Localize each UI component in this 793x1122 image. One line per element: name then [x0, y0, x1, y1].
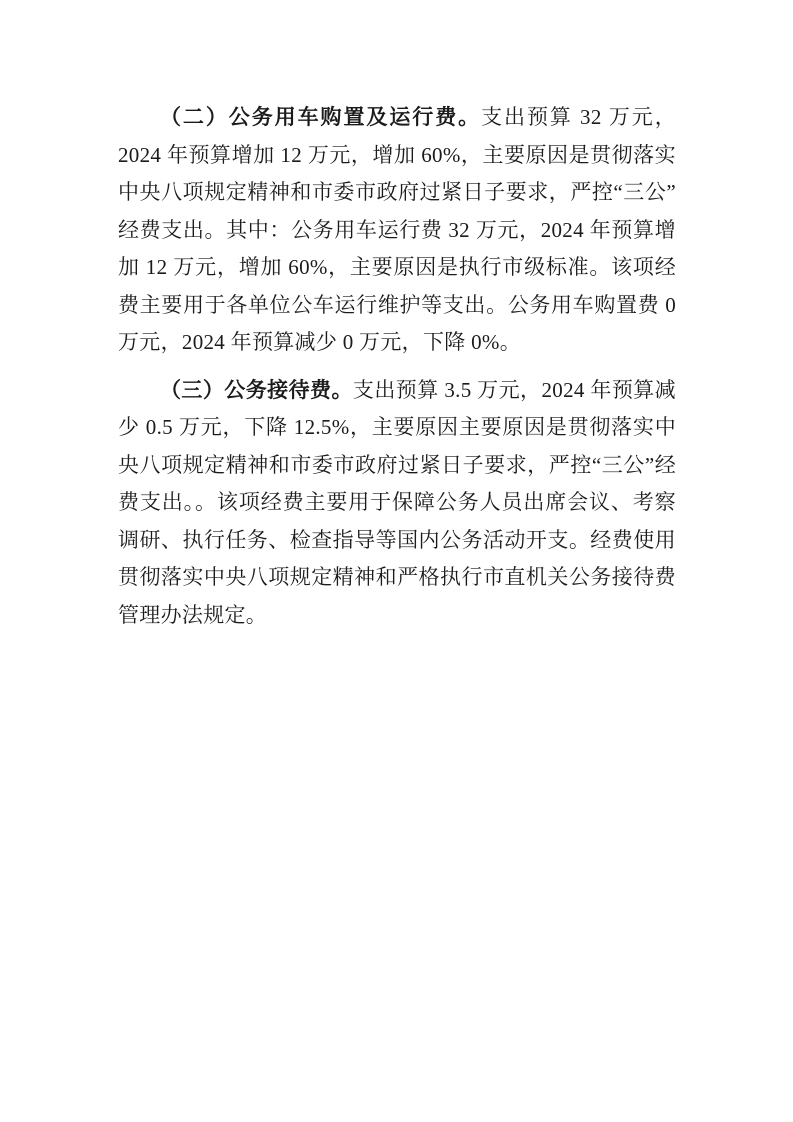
- paragraph-reception-expenses-body: 支出预算 3.5 万元，2024 年预算减少 0.5 万元，下降 12.5%，主…: [118, 378, 676, 627]
- paragraph-vehicle-expenses-body: 支出预算 32 万元，2024 年预算增加 12 万元，增加 60%，主要原因是…: [118, 105, 676, 354]
- paragraph-vehicle-expenses-heading: （二）公务用车购置及运行费。: [160, 105, 481, 129]
- document-content: （二）公务用车购置及运行费。支出预算 32 万元，2024 年预算增加 12 万…: [118, 99, 676, 634]
- paragraph-reception-expenses-heading: （三）公务接待费。: [160, 378, 353, 402]
- paragraph-reception-expenses: （三）公务接待费。支出预算 3.5 万元，2024 年预算减少 0.5 万元，下…: [118, 372, 676, 635]
- document-page: （二）公务用车购置及运行费。支出预算 32 万元，2024 年预算增加 12 万…: [0, 0, 793, 1122]
- paragraph-vehicle-expenses: （二）公务用车购置及运行费。支出预算 32 万元，2024 年预算增加 12 万…: [118, 99, 676, 362]
